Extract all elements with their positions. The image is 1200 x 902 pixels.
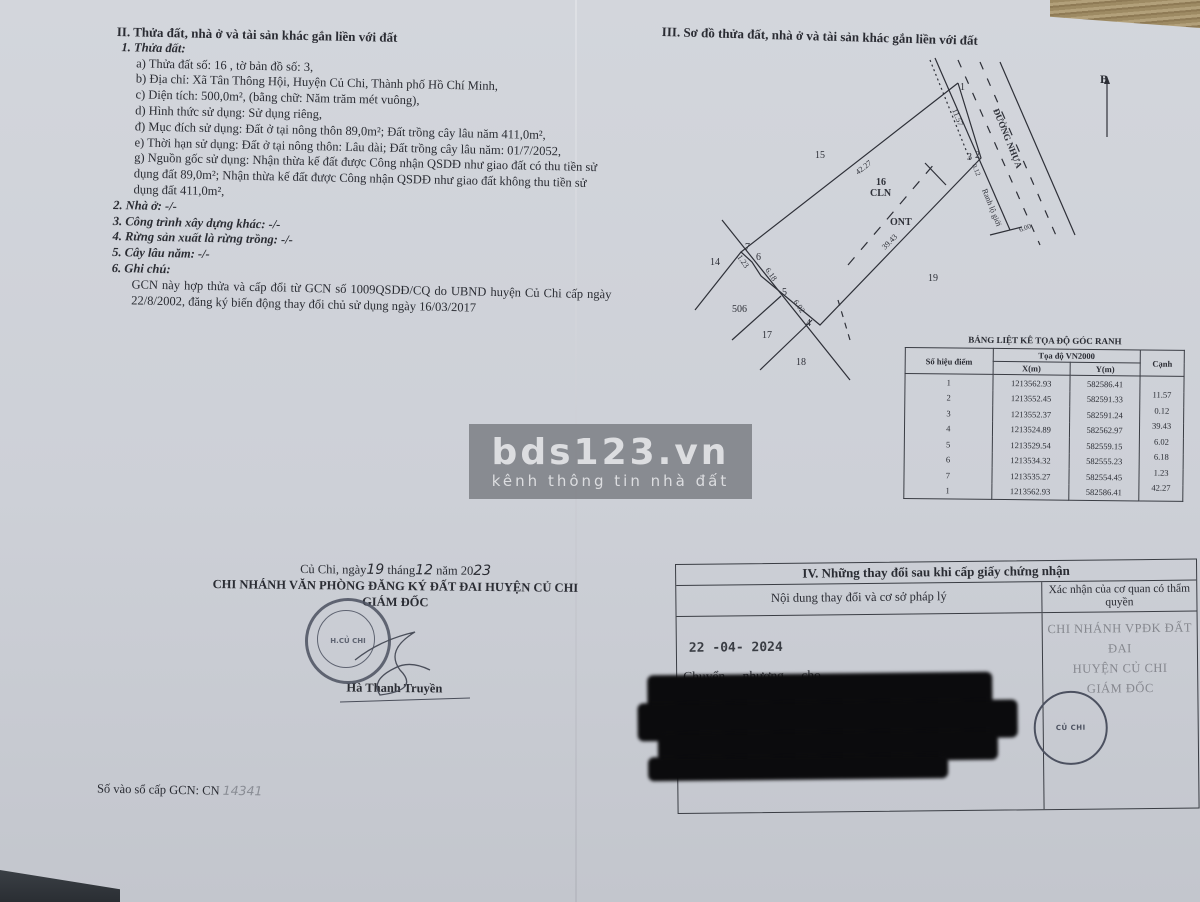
- cell-edge: 6.02: [1140, 431, 1184, 447]
- authority-seal-text: CỦ CHI: [1056, 718, 1086, 738]
- cell-edge: [1140, 369, 1184, 385]
- cell-point: 7: [904, 467, 992, 483]
- cell-point: 6: [904, 451, 992, 467]
- svg-text:1.23: 1.23: [735, 253, 750, 270]
- parcel-16: 16: [876, 177, 886, 188]
- cell-x: 1213524.89: [992, 421, 1069, 437]
- cell-point: 4: [904, 421, 992, 437]
- cell-edge: 11.57: [1140, 385, 1184, 401]
- cell-y: 582554.45: [1069, 469, 1139, 485]
- cell-x: 1213529.54: [992, 437, 1069, 453]
- point-7: 7: [745, 242, 750, 253]
- change-date-stamp: 22 -04- 2024: [689, 640, 783, 656]
- neighbor-19: 19: [928, 273, 938, 284]
- land-type-cln: CLN: [870, 188, 892, 199]
- col-point: Số hiệu điểm: [905, 348, 993, 375]
- svg-text:6.00: 6.00: [1018, 222, 1033, 234]
- cell-y: 582586.41: [1070, 375, 1140, 392]
- neighbor-506: 506: [732, 304, 747, 315]
- point-1: 1: [960, 82, 965, 93]
- cell-point: 5: [904, 436, 992, 452]
- cell-x: 1213552.45: [992, 390, 1069, 406]
- cell-y: 582555.23: [1069, 453, 1139, 469]
- neighbor-14: 14: [710, 257, 720, 268]
- watermark-tagline: kênh thông tin nhà đất: [492, 472, 729, 490]
- cell-edge: 39.43: [1140, 416, 1184, 432]
- watermark: bds123.vn kênh thông tin nhà đất: [469, 424, 752, 499]
- cell-y: 582586.41: [1069, 484, 1139, 501]
- changes-table: IV. Những thay đổi sau khi cấp giấy chứn…: [675, 559, 1200, 814]
- land-type-ont: ONT: [890, 217, 912, 228]
- coordinate-table-title: BẢNG LIỆT KÊ TỌA ĐỘ GÓC RANH: [905, 334, 1185, 347]
- changes-col-authority: Xác nhận của cơ quan có thẩm quyền: [1042, 581, 1196, 613]
- cell-edge: 42.27: [1139, 478, 1183, 494]
- north-label: B: [1100, 72, 1108, 87]
- cell-x: 1213552.37: [992, 406, 1069, 422]
- table-row: 11213562.93582586.4142.27: [904, 482, 1183, 501]
- cell-point: 1: [904, 482, 992, 499]
- cell-edge: 0.12: [1140, 400, 1184, 416]
- cell-y: 582591.33: [1070, 391, 1140, 407]
- cell-x: 1213534.32: [992, 452, 1069, 468]
- cell-edge: 1.23: [1139, 462, 1183, 478]
- cell-y: 582591.24: [1069, 407, 1139, 423]
- col-x: X(m): [993, 361, 1070, 375]
- col-y: Y(m): [1070, 362, 1140, 376]
- svg-text:0.12: 0.12: [970, 163, 982, 178]
- changes-col-content: Nội dung thay đổi và cơ sở pháp lý: [676, 582, 1042, 616]
- cell-point: 3: [905, 405, 993, 421]
- watermark-brand: bds123.vn: [492, 434, 730, 472]
- neighbor-18: 18: [796, 357, 806, 368]
- cell-edge: 6.18: [1139, 447, 1183, 463]
- cell-point: 1: [905, 374, 993, 391]
- svg-text:42.27: 42.27: [854, 158, 874, 176]
- authority-seal: CỦ CHI: [1033, 690, 1108, 765]
- point-2: 2: [975, 150, 980, 161]
- cell-y: 582559.15: [1069, 438, 1139, 454]
- cell-x: 1213535.27: [992, 468, 1069, 484]
- coordinate-table: BẢNG LIỆT KÊ TỌA ĐỘ GÓC RANH Số hiệu điể…: [903, 334, 1185, 502]
- neighbor-17: 17: [762, 330, 772, 341]
- point-6: 6: [756, 252, 761, 263]
- cell-x: 1213562.93: [993, 374, 1070, 391]
- authority-line-1: CHI NHÁNH VPĐK ĐẤT ĐAI: [1043, 618, 1197, 660]
- point-3: 3: [967, 152, 972, 163]
- neighbor-15: 15: [815, 150, 825, 161]
- svg-text:ĐƯỜNG NHỰA: ĐƯỜNG NHỰA: [991, 107, 1024, 170]
- cell-y: 582562.97: [1069, 422, 1139, 438]
- cell-point: 2: [905, 390, 993, 406]
- redaction: [648, 754, 948, 781]
- cell-x: 1213562.93: [991, 483, 1068, 500]
- svg-text:39.43: 39.43: [880, 232, 899, 251]
- authority-line-2: HUYỆN CỦ CHI: [1043, 658, 1197, 680]
- point-4: 4: [806, 318, 811, 329]
- point-5: 5: [782, 287, 787, 298]
